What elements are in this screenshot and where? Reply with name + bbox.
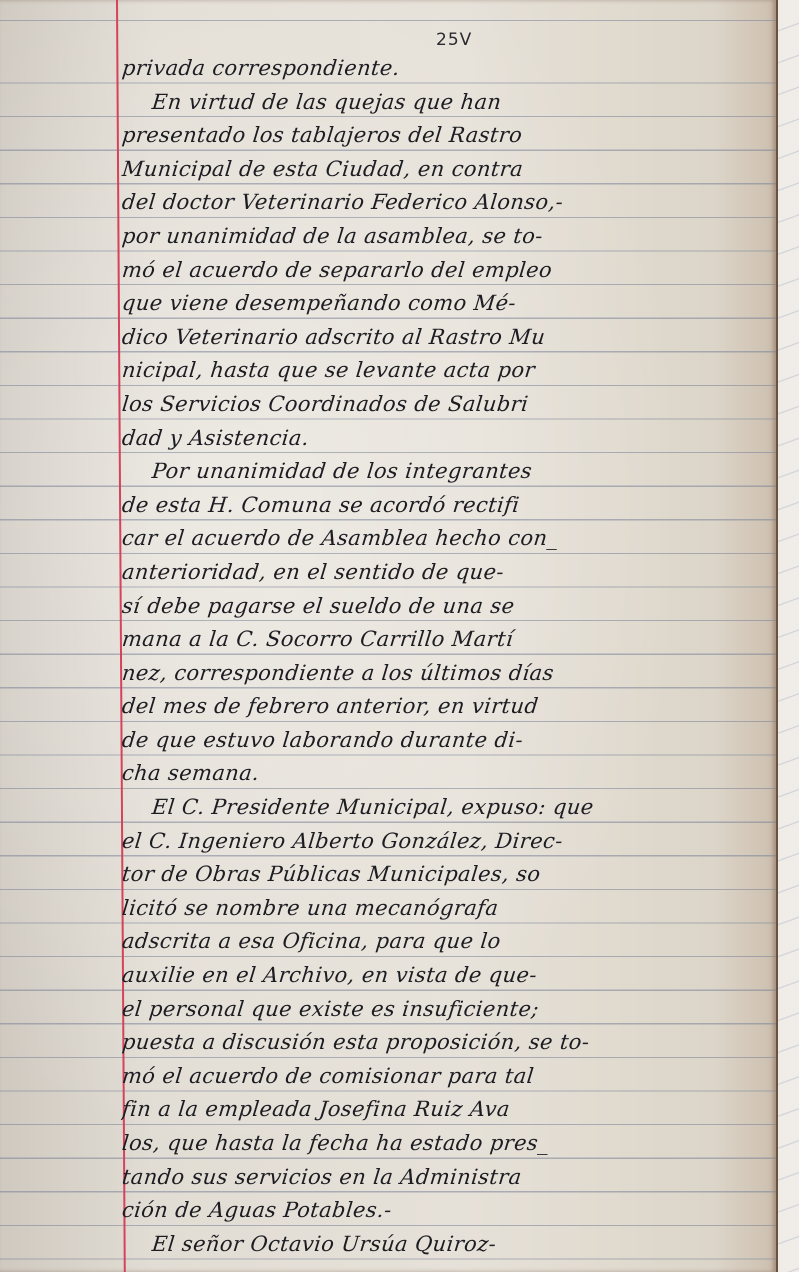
handwritten-line: mó el acuerdo de separarlo del empleo [120,254,764,288]
handwritten-line: ción de Aguas Potables.- [120,1194,764,1228]
handwritten-line: del doctor Veterinario Federico Alonso,- [120,186,764,220]
handwritten-line: dad y Asistencia. [120,422,764,456]
handwritten-line: por unanimidad de la asamblea, se to- [120,220,764,254]
handwritten-line: mana a la C. Socorro Carrillo Martí [120,623,764,657]
handwritten-line: mó el acuerdo de comisionar para tal [120,1060,764,1094]
handwritten-line: de que estuvo laborando durante di- [120,724,764,758]
handwritten-minutes: privada correspondiente.En virtud de las… [122,52,762,1261]
handwritten-line: el C. Ingeniero Alberto González, Direc- [120,825,764,859]
handwritten-line: dico Veterinario adscrito al Rastro Mu [120,321,764,355]
handwritten-line: Municipal de esta Ciudad, en contra [120,153,764,187]
handwritten-line: de esta H. Comuna se acordó rectifi [120,489,764,523]
handwritten-line: En virtud de las quejas que han [120,86,764,120]
handwritten-line: sí debe pagarse el sueldo de una se [120,590,764,624]
handwritten-line: cha semana. [120,757,764,791]
handwritten-line: Por unanimidad de los integrantes [120,455,764,489]
page-number: 25V [436,30,472,50]
ledger-page: 25V privada correspondiente.En virtud de… [0,0,776,1272]
handwritten-line: privada correspondiente. [120,52,764,86]
next-page-edge [776,0,799,1272]
handwritten-line: El señor Octavio Ursúa Quiroz- [120,1228,764,1262]
handwritten-line: licitó se nombre una mecanógrafa [120,892,764,926]
handwritten-line: nez, correspondiente a los últimos días [120,657,764,691]
handwritten-line: El C. Presidente Municipal, expuso: que [120,791,764,825]
handwritten-line: que viene desempeñando como Mé- [120,287,764,321]
handwritten-line: del mes de febrero anterior, en virtud [120,690,764,724]
handwritten-line: anterioridad, en el sentido de que- [120,556,764,590]
handwritten-line: tando sus servicios en la Administra [120,1161,764,1195]
handwritten-line: tor de Obras Públicas Municipales, so [120,858,764,892]
handwritten-line: car el acuerdo de Asamblea hecho con_ [120,522,764,556]
handwritten-line: los, que hasta la fecha ha estado pres_ [120,1127,764,1161]
handwritten-line: puesta a discusión esta proposición, se … [120,1026,764,1060]
handwritten-line: los Servicios Coordinados de Salubri [120,388,764,422]
handwritten-line: nicipal, hasta que se levante acta por [120,354,764,388]
handwritten-line: presentado los tablajeros del Rastro [120,119,764,153]
handwritten-line: fin a la empleada Josefina Ruiz Ava [120,1093,764,1127]
handwritten-line: adscrita a esa Oficina, para que lo [120,925,764,959]
handwritten-line: auxilie en el Archivo, en vista de que- [120,959,764,993]
handwritten-line: el personal que existe es insuficiente; [120,993,764,1027]
